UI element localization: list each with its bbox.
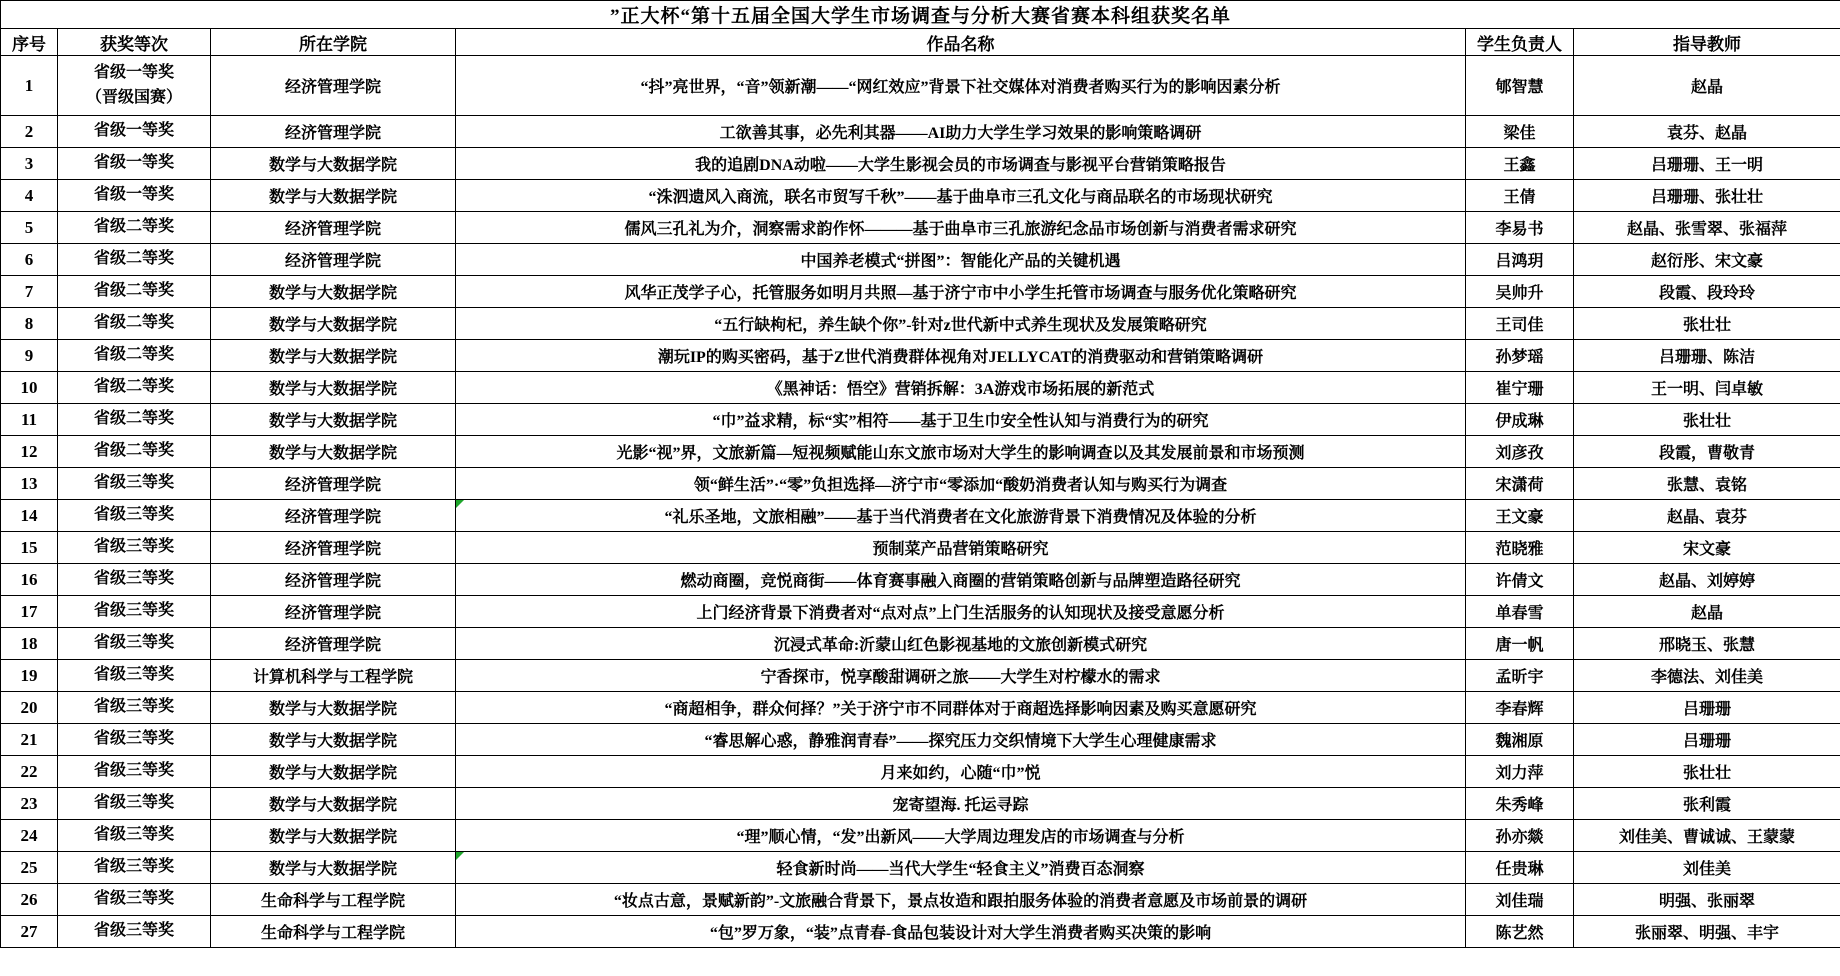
cell-award: 省级三等奖 bbox=[58, 564, 211, 596]
table-head: ”正大杯“第十五届全国大学生市场调查与分析大赛省赛本科组获奖名单 序号获奖等次所… bbox=[1, 1, 1840, 56]
table-row: 14省级三等奖经济管理学院“礼乐圣地，文旅相融”——基于当代消费者在文化旅游背景… bbox=[1, 500, 1840, 532]
cell-no: 11 bbox=[1, 404, 58, 436]
cell-student: 郇智慧 bbox=[1466, 56, 1574, 116]
cell-teachers: 王一明、闫卓敏 bbox=[1574, 372, 1840, 404]
table-row: 20省级三等奖数学与大数据学院“商超相争，群众何择？”关于济宁市不同群体对于商超… bbox=[1, 692, 1840, 724]
table-row: 7省级二等奖数学与大数据学院风华正茂学子心，托管服务如明月共照—基于济宁市中小学… bbox=[1, 276, 1840, 308]
cell-work: 潮玩IP的购买密码，基于Z世代消费群体视角对JELLYCAT的消费驱动和营销策略… bbox=[456, 340, 1466, 372]
cell-no: 26 bbox=[1, 884, 58, 916]
award-table: ”正大杯“第十五届全国大学生市场调查与分析大赛省赛本科组获奖名单 序号获奖等次所… bbox=[0, 0, 1840, 948]
table-row: 3省级一等奖数学与大数据学院我的追剧DNA动啦——大学生影视会员的市场调查与影视… bbox=[1, 148, 1840, 180]
cell-no: 4 bbox=[1, 180, 58, 212]
cell-college: 经济管理学院 bbox=[211, 244, 456, 276]
cell-award: 省级三等奖 bbox=[58, 660, 211, 692]
green-corner-marker-icon bbox=[456, 852, 464, 860]
cell-college: 生命科学与工程学院 bbox=[211, 884, 456, 916]
cell-student: 刘力萍 bbox=[1466, 756, 1574, 788]
table-row: 9省级二等奖数学与大数据学院潮玩IP的购买密码，基于Z世代消费群体视角对JELL… bbox=[1, 340, 1840, 372]
cell-college: 经济管理学院 bbox=[211, 532, 456, 564]
column-header-student: 学生负责人 bbox=[1466, 29, 1574, 56]
cell-college: 生命科学与工程学院 bbox=[211, 916, 456, 948]
cell-work: “抖”亮世界，“音”领新潮——“网红效应”背景下社交媒体对消费者购买行为的影响因… bbox=[456, 56, 1466, 116]
cell-teachers: 赵晶、刘婷婷 bbox=[1574, 564, 1840, 596]
cell-work: 中国养老模式“拼图”：智能化产品的关键机遇 bbox=[456, 244, 1466, 276]
cell-teachers: 段霞、段玲玲 bbox=[1574, 276, 1840, 308]
cell-teachers: 吕珊珊、张壮壮 bbox=[1574, 180, 1840, 212]
cell-award: 省级三等奖 bbox=[58, 500, 211, 532]
cell-college: 计算机科学与工程学院 bbox=[211, 660, 456, 692]
table-row: 11省级二等奖数学与大数据学院“巾”益求精，标“实”相符——基于卫生巾安全性认知… bbox=[1, 404, 1840, 436]
cell-teachers: 段霞，曹敬青 bbox=[1574, 436, 1840, 468]
cell-award: 省级三等奖 bbox=[58, 884, 211, 916]
cell-no: 18 bbox=[1, 628, 58, 660]
cell-college: 数学与大数据学院 bbox=[211, 756, 456, 788]
cell-work: 上门经济背景下消费者对“点对点”上门生活服务的认知现状及接受意愿分析 bbox=[456, 596, 1466, 628]
cell-student: 伊成琳 bbox=[1466, 404, 1574, 436]
table-row: 6省级二等奖经济管理学院中国养老模式“拼图”：智能化产品的关键机遇吕鸿玥赵衍彤、… bbox=[1, 244, 1840, 276]
cell-no: 17 bbox=[1, 596, 58, 628]
cell-work: 宁香探市，悦享酸甜调研之旅——大学生对柠檬水的需求 bbox=[456, 660, 1466, 692]
cell-college: 数学与大数据学院 bbox=[211, 852, 456, 884]
table-row: 19省级三等奖计算机科学与工程学院宁香探市，悦享酸甜调研之旅——大学生对柠檬水的… bbox=[1, 660, 1840, 692]
cell-teachers: 邢晓玉、张慧 bbox=[1574, 628, 1840, 660]
table-row: 18省级三等奖经济管理学院沉浸式革命:沂蒙山红色影视基地的文旅创新模式研究唐一帆… bbox=[1, 628, 1840, 660]
title-row: ”正大杯“第十五届全国大学生市场调查与分析大赛省赛本科组获奖名单 bbox=[1, 1, 1840, 29]
cell-work: “商超相争，群众何择？”关于济宁市不同群体对于商超选择影响因素及购买意愿研究 bbox=[456, 692, 1466, 724]
cell-student: 李春辉 bbox=[1466, 692, 1574, 724]
cell-student: 单春雪 bbox=[1466, 596, 1574, 628]
cell-work: 我的追剧DNA动啦——大学生影视会员的市场调查与影视平台营销策略报告 bbox=[456, 148, 1466, 180]
cell-award: 省级三等奖 bbox=[58, 596, 211, 628]
cell-work: 轻食新时尚——当代大学生“轻食主义”消费百态洞察 bbox=[456, 852, 1466, 884]
cell-college: 数学与大数据学院 bbox=[211, 308, 456, 340]
cell-work: “理”顺心情，“发”出新风——大学周边理发店的市场调查与分析 bbox=[456, 820, 1466, 852]
cell-work: 工欲善其事，必先利其器——AI助力大学生学习效果的影响策略调研 bbox=[456, 116, 1466, 148]
table-row: 21省级三等奖数学与大数据学院“睿思解心惑，静雅润青春”——探究压力交织情境下大… bbox=[1, 724, 1840, 756]
cell-teachers: 刘佳美、曹诚诚、王蒙蒙 bbox=[1574, 820, 1840, 852]
table-row: 5省级二等奖经济管理学院儒风三孔礼为介，洞察需求韵作怀———基于曲阜市三孔旅游纪… bbox=[1, 212, 1840, 244]
cell-work: 儒风三孔礼为介，洞察需求韵作怀———基于曲阜市三孔旅游纪念品市场创新与消费者需求… bbox=[456, 212, 1466, 244]
cell-college: 数学与大数据学院 bbox=[211, 724, 456, 756]
cell-award: 省级三等奖 bbox=[58, 724, 211, 756]
cell-award: 省级二等奖 bbox=[58, 276, 211, 308]
table-row: 1省级一等奖 （晋级国赛）经济管理学院“抖”亮世界，“音”领新潮——“网红效应”… bbox=[1, 56, 1840, 116]
cell-work: 光影“视”界，文旅新篇—短视频赋能山东文旅市场对大学生的影响调查以及其发展前景和… bbox=[456, 436, 1466, 468]
cell-no: 7 bbox=[1, 276, 58, 308]
cell-college: 经济管理学院 bbox=[211, 468, 456, 500]
cell-work: 预制菜产品营销策略研究 bbox=[456, 532, 1466, 564]
table-row: 15省级三等奖经济管理学院预制菜产品营销策略研究范晓雅宋文豪 bbox=[1, 532, 1840, 564]
cell-teachers: 吕珊珊、王一明 bbox=[1574, 148, 1840, 180]
cell-student: 孙亦燚 bbox=[1466, 820, 1574, 852]
cell-award: 省级三等奖 bbox=[58, 532, 211, 564]
cell-award: 省级三等奖 bbox=[58, 788, 211, 820]
cell-no: 5 bbox=[1, 212, 58, 244]
cell-student: 孙梦瑶 bbox=[1466, 340, 1574, 372]
cell-work: 月来如约，心随“巾”悦 bbox=[456, 756, 1466, 788]
cell-work: “包”罗万象，“装”点青春-食品包装设计对大学生消费者购买决策的影响 bbox=[456, 916, 1466, 948]
cell-student: 王司佳 bbox=[1466, 308, 1574, 340]
table-body: 1省级一等奖 （晋级国赛）经济管理学院“抖”亮世界，“音”领新潮——“网红效应”… bbox=[1, 56, 1840, 948]
cell-college: 数学与大数据学院 bbox=[211, 372, 456, 404]
cell-award: 省级三等奖 bbox=[58, 916, 211, 948]
cell-no: 9 bbox=[1, 340, 58, 372]
cell-college: 数学与大数据学院 bbox=[211, 692, 456, 724]
cell-college: 数学与大数据学院 bbox=[211, 404, 456, 436]
cell-work: 宠寄望海. 托运寻踪 bbox=[456, 788, 1466, 820]
cell-no: 15 bbox=[1, 532, 58, 564]
cell-student: 唐一帆 bbox=[1466, 628, 1574, 660]
cell-college: 经济管理学院 bbox=[211, 212, 456, 244]
green-corner-marker-icon bbox=[456, 500, 464, 508]
cell-student: 吴帅升 bbox=[1466, 276, 1574, 308]
cell-college: 经济管理学院 bbox=[211, 116, 456, 148]
cell-teachers: 赵晶 bbox=[1574, 596, 1840, 628]
cell-college: 数学与大数据学院 bbox=[211, 276, 456, 308]
cell-teachers: 明强、张丽翠 bbox=[1574, 884, 1840, 916]
cell-college: 数学与大数据学院 bbox=[211, 788, 456, 820]
cell-teachers: 吕珊珊 bbox=[1574, 692, 1840, 724]
table-row: 4省级一等奖数学与大数据学院“洙泗遗风入商流，联名市贸写千秋”——基于曲阜市三孔… bbox=[1, 180, 1840, 212]
cell-student: 王鑫 bbox=[1466, 148, 1574, 180]
cell-award: 省级一等奖 bbox=[58, 116, 211, 148]
cell-student: 崔宁珊 bbox=[1466, 372, 1574, 404]
cell-teachers: 吕珊珊 bbox=[1574, 724, 1840, 756]
cell-college: 经济管理学院 bbox=[211, 56, 456, 116]
column-header-teachers: 指导教师 bbox=[1574, 29, 1840, 56]
cell-college: 数学与大数据学院 bbox=[211, 820, 456, 852]
cell-teachers: 赵晶 bbox=[1574, 56, 1840, 116]
cell-work: 燃动商圈，竞悦商街——体育赛事融入商圈的营销策略创新与品牌塑造路径研究 bbox=[456, 564, 1466, 596]
cell-no: 1 bbox=[1, 56, 58, 116]
cell-no: 27 bbox=[1, 916, 58, 948]
cell-award: 省级二等奖 bbox=[58, 244, 211, 276]
cell-award: 省级三等奖 bbox=[58, 756, 211, 788]
table-row: 12省级二等奖数学与大数据学院光影“视”界，文旅新篇—短视频赋能山东文旅市场对大… bbox=[1, 436, 1840, 468]
cell-student: 任贵琳 bbox=[1466, 852, 1574, 884]
cell-no: 22 bbox=[1, 756, 58, 788]
cell-award: 省级三等奖 bbox=[58, 820, 211, 852]
table-row: 27省级三等奖生命科学与工程学院“包”罗万象，“装”点青春-食品包装设计对大学生… bbox=[1, 916, 1840, 948]
cell-work: “五行缺枸杞，养生缺个你”-针对z世代新中式养生现状及发展策略研究 bbox=[456, 308, 1466, 340]
cell-student: 李易书 bbox=[1466, 212, 1574, 244]
table-row: 8省级二等奖数学与大数据学院“五行缺枸杞，养生缺个你”-针对z世代新中式养生现状… bbox=[1, 308, 1840, 340]
cell-no: 2 bbox=[1, 116, 58, 148]
cell-work: 沉浸式革命:沂蒙山红色影视基地的文旅创新模式研究 bbox=[456, 628, 1466, 660]
cell-award: 省级一等奖 bbox=[58, 148, 211, 180]
cell-award: 省级二等奖 bbox=[58, 340, 211, 372]
cell-no: 6 bbox=[1, 244, 58, 276]
cell-student: 魏湘原 bbox=[1466, 724, 1574, 756]
cell-no: 19 bbox=[1, 660, 58, 692]
cell-student: 孟昕宇 bbox=[1466, 660, 1574, 692]
cell-award: 省级二等奖 bbox=[58, 372, 211, 404]
cell-no: 14 bbox=[1, 500, 58, 532]
cell-no: 21 bbox=[1, 724, 58, 756]
cell-college: 经济管理学院 bbox=[211, 564, 456, 596]
cell-college: 数学与大数据学院 bbox=[211, 340, 456, 372]
cell-teachers: 张丽翠、明强、丰宇 bbox=[1574, 916, 1840, 948]
cell-award: 省级三等奖 bbox=[58, 468, 211, 500]
cell-award: 省级二等奖 bbox=[58, 308, 211, 340]
cell-teachers: 刘佳美 bbox=[1574, 852, 1840, 884]
cell-no: 3 bbox=[1, 148, 58, 180]
cell-teachers: 张壮壮 bbox=[1574, 756, 1840, 788]
cell-college: 经济管理学院 bbox=[211, 500, 456, 532]
cell-teachers: 赵晶、袁芬 bbox=[1574, 500, 1840, 532]
table-row: 2省级一等奖经济管理学院工欲善其事，必先利其器——AI助力大学生学习效果的影响策… bbox=[1, 116, 1840, 148]
cell-student: 梁佳 bbox=[1466, 116, 1574, 148]
cell-college: 数学与大数据学院 bbox=[211, 436, 456, 468]
award-list-sheet: ”正大杯“第十五届全国大学生市场调查与分析大赛省赛本科组获奖名单 序号获奖等次所… bbox=[0, 0, 1840, 976]
cell-no: 25 bbox=[1, 852, 58, 884]
column-header-award: 获奖等次 bbox=[58, 29, 211, 56]
table-row: 22省级三等奖数学与大数据学院月来如约，心随“巾”悦刘力萍张壮壮 bbox=[1, 756, 1840, 788]
cell-teachers: 袁芬、赵晶 bbox=[1574, 116, 1840, 148]
column-header-college: 所在学院 bbox=[211, 29, 456, 56]
cell-award: 省级二等奖 bbox=[58, 212, 211, 244]
cell-teachers: 李德法、刘佳美 bbox=[1574, 660, 1840, 692]
cell-award: 省级三等奖 bbox=[58, 692, 211, 724]
cell-no: 16 bbox=[1, 564, 58, 596]
cell-no: 20 bbox=[1, 692, 58, 724]
cell-work: “巾”益求精，标“实”相符——基于卫生巾安全性认知与消费行为的研究 bbox=[456, 404, 1466, 436]
cell-no: 12 bbox=[1, 436, 58, 468]
cell-no: 8 bbox=[1, 308, 58, 340]
cell-teachers: 宋文豪 bbox=[1574, 532, 1840, 564]
column-header-work: 作品名称 bbox=[456, 29, 1466, 56]
cell-college: 经济管理学院 bbox=[211, 628, 456, 660]
cell-teachers: 张壮壮 bbox=[1574, 404, 1840, 436]
cell-work: “礼乐圣地，文旅相融”——基于当代消费者在文化旅游背景下消费情况及体验的分析 bbox=[456, 500, 1466, 532]
table-row: 17省级三等奖经济管理学院上门经济背景下消费者对“点对点”上门生活服务的认知现状… bbox=[1, 596, 1840, 628]
cell-student: 陈艺然 bbox=[1466, 916, 1574, 948]
cell-teachers: 张利霞 bbox=[1574, 788, 1840, 820]
table-row: 26省级三等奖生命科学与工程学院“妆点古意，景赋新韵”-文旅融合背景下，景点妆造… bbox=[1, 884, 1840, 916]
cell-student: 王倩 bbox=[1466, 180, 1574, 212]
cell-student: 范晓雅 bbox=[1466, 532, 1574, 564]
cell-no: 23 bbox=[1, 788, 58, 820]
cell-student: 王文豪 bbox=[1466, 500, 1574, 532]
table-row: 24省级三等奖数学与大数据学院“理”顺心情，“发”出新风——大学周边理发店的市场… bbox=[1, 820, 1840, 852]
cell-award: 省级二等奖 bbox=[58, 404, 211, 436]
cell-no: 10 bbox=[1, 372, 58, 404]
cell-college: 经济管理学院 bbox=[211, 596, 456, 628]
cell-student: 刘彦孜 bbox=[1466, 436, 1574, 468]
cell-teachers: 吕珊珊、陈洁 bbox=[1574, 340, 1840, 372]
cell-college: 数学与大数据学院 bbox=[211, 180, 456, 212]
cell-teachers: 张慧、袁铭 bbox=[1574, 468, 1840, 500]
cell-teachers: 赵晶、张雪翠、张福萍 bbox=[1574, 212, 1840, 244]
cell-award: 省级一等奖 bbox=[58, 180, 211, 212]
table-row: 16省级三等奖经济管理学院燃动商圈，竞悦商街——体育赛事融入商圈的营销策略创新与… bbox=[1, 564, 1840, 596]
cell-work: 《黑神话：悟空》营销拆解：3A游戏市场拓展的新范式 bbox=[456, 372, 1466, 404]
cell-student: 刘佳瑞 bbox=[1466, 884, 1574, 916]
cell-work: “妆点古意，景赋新韵”-文旅融合背景下，景点妆造和跟拍服务体验的消费者意愿及市场… bbox=[456, 884, 1466, 916]
cell-award: 省级三等奖 bbox=[58, 852, 211, 884]
cell-no: 24 bbox=[1, 820, 58, 852]
table-row: 23省级三等奖数学与大数据学院宠寄望海. 托运寻踪朱秀峰张利霞 bbox=[1, 788, 1840, 820]
cell-work: 风华正茂学子心，托管服务如明月共照—基于济宁市中小学生托管市场调查与服务优化策略… bbox=[456, 276, 1466, 308]
column-header-no: 序号 bbox=[1, 29, 58, 56]
table-row: 25省级三等奖数学与大数据学院轻食新时尚——当代大学生“轻食主义”消费百态洞察任… bbox=[1, 852, 1840, 884]
page-title: ”正大杯“第十五届全国大学生市场调查与分析大赛省赛本科组获奖名单 bbox=[1, 1, 1840, 29]
table-row: 10省级二等奖数学与大数据学院《黑神话：悟空》营销拆解：3A游戏市场拓展的新范式… bbox=[1, 372, 1840, 404]
table-row: 13省级三等奖经济管理学院领“鲜生活”·“零”负担选择—济宁市“零添加“酸奶消费… bbox=[1, 468, 1840, 500]
cell-award: 省级二等奖 bbox=[58, 436, 211, 468]
cell-teachers: 赵衍彤、宋文豪 bbox=[1574, 244, 1840, 276]
cell-student: 宋潇荷 bbox=[1466, 468, 1574, 500]
cell-student: 吕鸿玥 bbox=[1466, 244, 1574, 276]
cell-award: 省级三等奖 bbox=[58, 628, 211, 660]
cell-student: 许倩文 bbox=[1466, 564, 1574, 596]
cell-work: “洙泗遗风入商流，联名市贸写千秋”——基于曲阜市三孔文化与商品联名的市场现状研究 bbox=[456, 180, 1466, 212]
cell-college: 数学与大数据学院 bbox=[211, 148, 456, 180]
cell-teachers: 张壮壮 bbox=[1574, 308, 1840, 340]
cell-award: 省级一等奖 （晋级国赛） bbox=[58, 56, 211, 116]
cell-student: 朱秀峰 bbox=[1466, 788, 1574, 820]
cell-work: “睿思解心惑，静雅润青春”——探究压力交织情境下大学生心理健康需求 bbox=[456, 724, 1466, 756]
cell-no: 13 bbox=[1, 468, 58, 500]
cell-work: 领“鲜生活”·“零”负担选择—济宁市“零添加“酸奶消费者认知与购买行为调查 bbox=[456, 468, 1466, 500]
table-header-row: 序号获奖等次所在学院作品名称学生负责人指导教师 bbox=[1, 29, 1840, 56]
